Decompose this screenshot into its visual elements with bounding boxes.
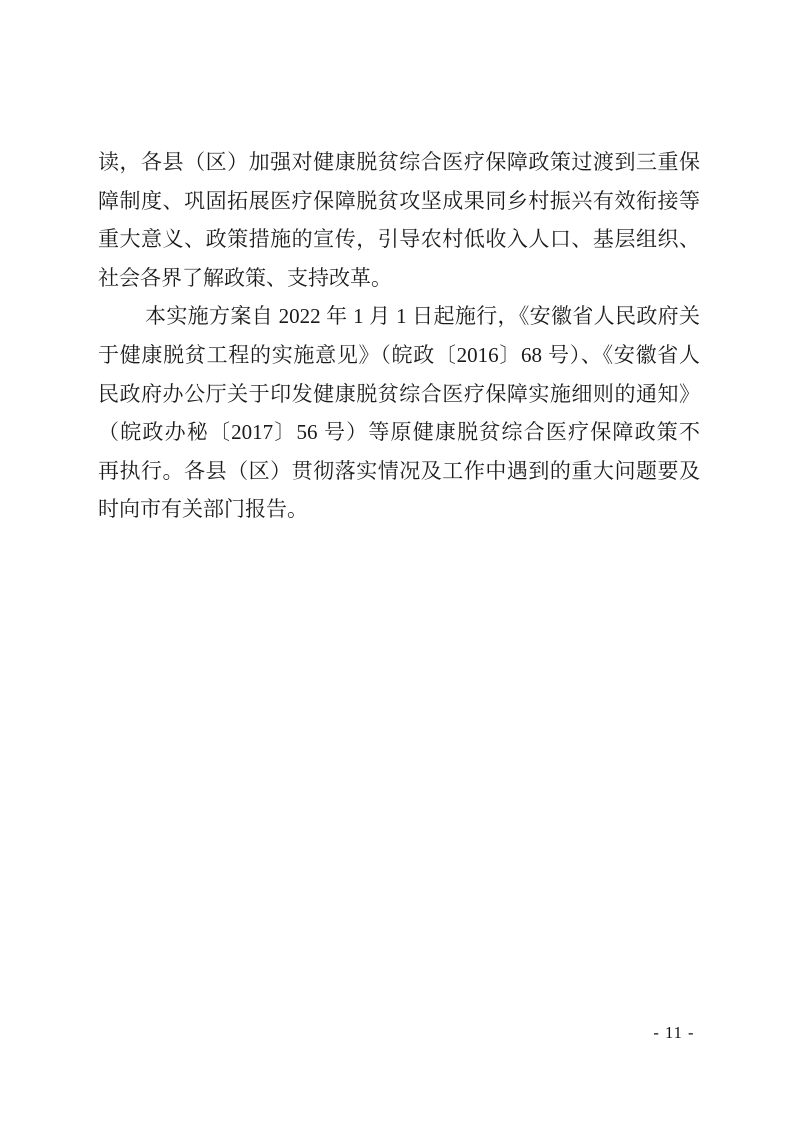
- paragraph-2: 本实施方案自 2022 年 1 月 1 日起施行，《安徽省人民政府关 于健康脱贫…: [98, 297, 700, 529]
- page-number: - 11 -: [652, 1022, 696, 1044]
- text-line: 障制度、巩固拓展医疗保障脱贫攻坚成果同乡村振兴有效衔接等: [98, 182, 700, 221]
- text-line: 本实施方案自 2022 年 1 月 1 日起施行，《安徽省人民政府关: [98, 297, 700, 336]
- text-line: 于健康脱贫工程的实施意见》（皖政〔2016〕68 号）、《安徽省人: [98, 336, 700, 375]
- text-line: 社会各界了解政策、支持改革。: [98, 259, 700, 298]
- body-text: 读，各县（区）加强对健康脱贫综合医疗保障政策过渡到三重保 障制度、巩固拓展医疗保…: [98, 143, 700, 529]
- text-line: 重大意义、政策措施的宣传，引导农村低收入人口、基层组织、: [98, 220, 700, 259]
- paragraph-1: 读，各县（区）加强对健康脱贫综合医疗保障政策过渡到三重保 障制度、巩固拓展医疗保…: [98, 143, 700, 297]
- text-line: 再执行。各县（区）贯彻落实情况及工作中遇到的重大问题要及: [98, 452, 700, 491]
- text-line: 民政府办公厅关于印发健康脱贫综合医疗保障实施细则的通知》: [98, 375, 700, 414]
- text-line: 读，各县（区）加强对健康脱贫综合医疗保障政策过渡到三重保: [98, 143, 700, 182]
- text-line: （皖政办秘〔2017〕56 号）等原健康脱贫综合医疗保障政策不: [98, 413, 700, 452]
- document-page: 读，各县（区）加强对健康脱贫综合医疗保障政策过渡到三重保 障制度、巩固拓展医疗保…: [0, 0, 793, 1122]
- text-line: 时向市有关部门报告。: [98, 490, 700, 529]
